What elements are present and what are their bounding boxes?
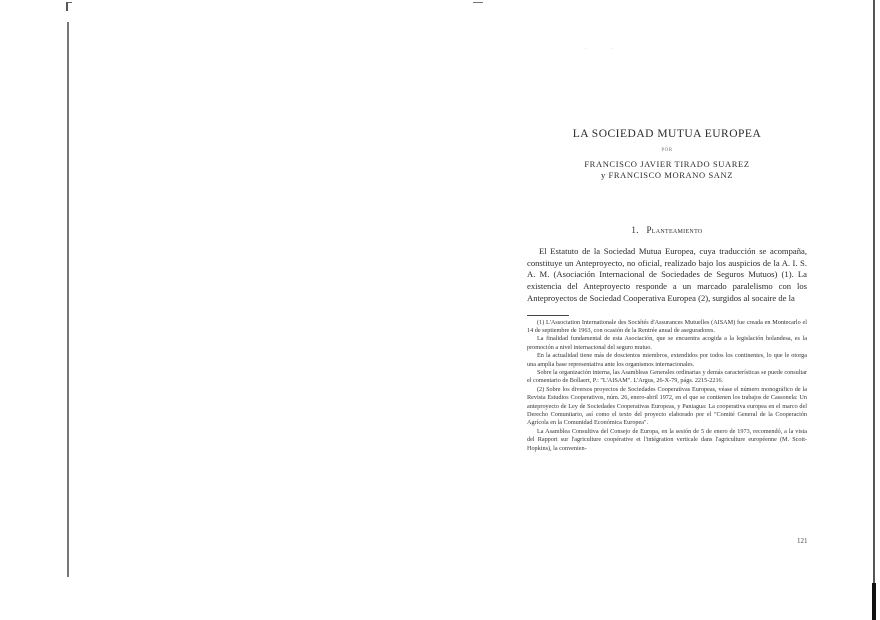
document-title: LA SOCIEDAD MUTUA EUROPEA xyxy=(527,128,807,140)
footnote-rule xyxy=(527,315,569,316)
author-line-1: FRANCISCO JAVIER TIRADO SUAREZ xyxy=(527,159,807,170)
footnote-1c: En la actualidad tiene más de doscientos… xyxy=(527,352,807,369)
scan-top-dash xyxy=(473,2,483,3)
footnote-1b: La finalidad fundamental de esta Asociac… xyxy=(527,335,807,352)
footnote-2b: La Asamblea Consultiva del Consejo de Eu… xyxy=(527,428,807,453)
section-heading: 1. Planteamiento xyxy=(527,225,807,235)
footnote-1: (1) L'Association Internationale des Soc… xyxy=(527,319,807,336)
page-number: 121 xyxy=(797,537,808,545)
scan-right-blot xyxy=(872,583,876,620)
author-line-2: y FRANCISCO MORANO SANZ xyxy=(527,170,807,181)
section-title: Planteamiento xyxy=(646,225,702,235)
scan-dots: . . xyxy=(585,45,626,51)
body-paragraph: El Estatuto de la Sociedad Mutua Europea… xyxy=(527,246,807,305)
section-number: 1. xyxy=(631,225,638,235)
authors-block: FRANCISCO JAVIER TIRADO SUAREZ y FRANCIS… xyxy=(527,159,807,181)
body-text: El Estatuto de la Sociedad Mutua Europea… xyxy=(527,246,807,305)
scan-edge-mark xyxy=(66,2,72,11)
footnote-1d: Sobre la organización interna, las Asamb… xyxy=(527,369,807,386)
scan-gutter-line xyxy=(67,22,69,577)
scan-right-edge xyxy=(873,0,875,620)
footnote-2: (2) Sobre los diversos proyectos de Soci… xyxy=(527,386,807,428)
document-page: LA SOCIEDAD MUTUA EUROPEA POR FRANCISCO … xyxy=(527,128,807,453)
byline-por: POR xyxy=(527,148,807,153)
footnotes: (1) L'Association Internationale des Soc… xyxy=(527,319,807,454)
